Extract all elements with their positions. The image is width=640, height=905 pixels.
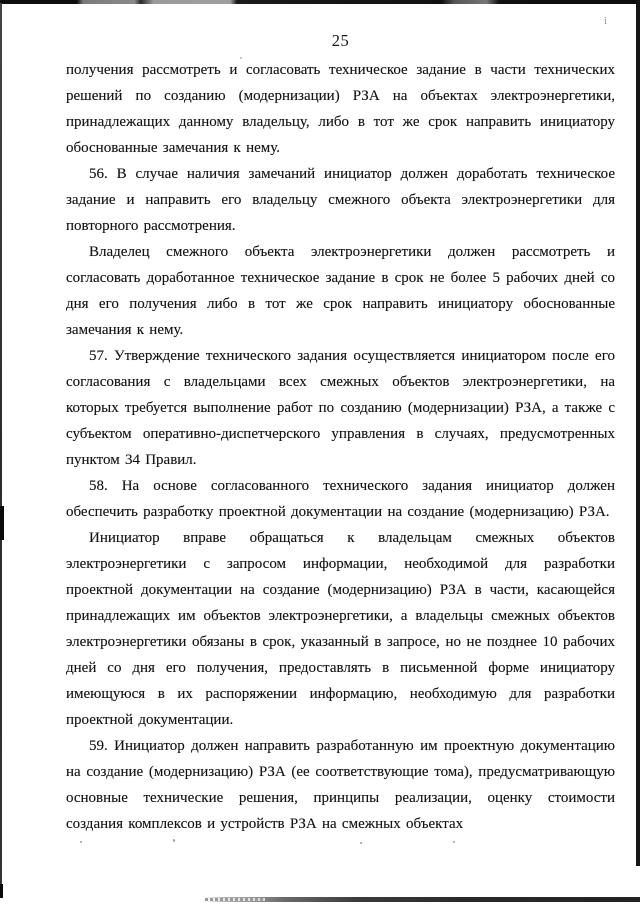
scan-edge-bottom-dashes [205, 898, 265, 901]
page-number: 25 [66, 31, 615, 53]
scan-speck [173, 839, 175, 842]
scan-edge-bottom-bar [205, 897, 640, 902]
paragraph-clause-58: 58. На основе согласованного техническог… [66, 473, 615, 525]
document-body-text: получения рассмотреть и согласовать техн… [66, 57, 615, 837]
paragraph-clause-59: 59. Инициатор должен направить разработа… [66, 733, 615, 837]
scan-speck [453, 841, 455, 843]
paragraph-continuation: получения рассмотреть и согласовать техн… [66, 57, 615, 161]
scan-edge-left-line [0, 3, 2, 895]
paragraph-clause-56-owner: Владелец смежного объекта электроэнергет… [66, 239, 615, 343]
scan-edge-right-border [636, 0, 640, 866]
paragraph-clause-57: 57. Утверждение технического задания осу… [66, 343, 615, 473]
scanned-document-page: { "page": { "number": "25", "stray_mark"… [0, 0, 640, 905]
document-page-content: 25 получения рассмотреть и согласовать т… [66, 0, 615, 837]
scan-blob-bottom-left [0, 884, 3, 898]
paragraph-clause-56: 56. В случае наличия замечаний инициатор… [66, 161, 615, 239]
paragraph-clause-58-initiator: Инициатор вправе обращаться к владельцам… [66, 525, 615, 733]
scan-blob-left [0, 506, 4, 540]
scan-speck [80, 841, 82, 843]
scan-speck [360, 842, 362, 844]
